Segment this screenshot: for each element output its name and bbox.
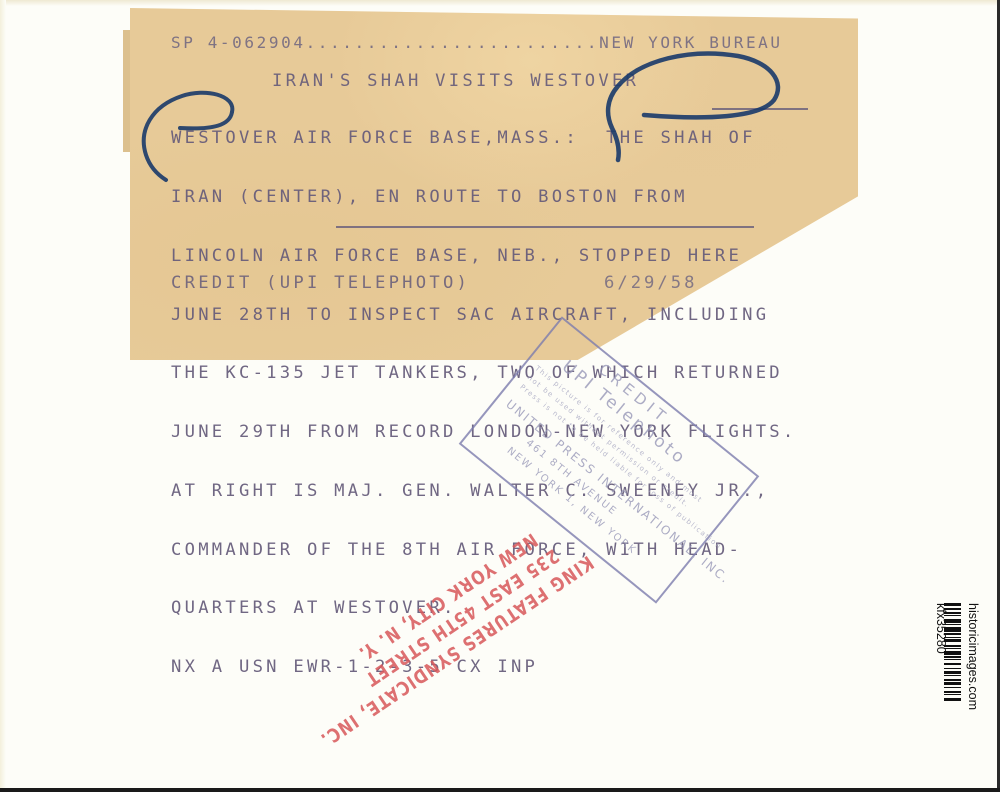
- photo-credit: CREDIT (UPI TELEPHOTO): [171, 273, 470, 293]
- slug-line: SP 4-062904........................NEW Y…: [171, 33, 783, 52]
- slug-code: SP 4-062904: [171, 33, 306, 52]
- caption-line: WESTOVER AIR FORCE BASE,MASS.: THE SHAH …: [171, 129, 797, 149]
- historicimages-watermark: historicimages.com kfx35280: [940, 603, 980, 735]
- underline-shah-of: [712, 108, 808, 110]
- watermark-item-id: kfx35280: [934, 603, 948, 654]
- caption-line: LINCOLN AIR FORCE BASE, NEB., STOPPED HE…: [171, 247, 797, 267]
- page-top-edge: [0, 0, 1000, 6]
- bureau-name: NEW YORK BUREAU: [599, 33, 783, 52]
- underline-sweeney: [336, 226, 754, 228]
- slug-leader: ........................: [306, 33, 600, 52]
- caption-line: THE KC-135 JET TANKERS, TWO OF WHICH RET…: [171, 364, 797, 384]
- barcode-stripe: [944, 701, 961, 703]
- watermark-site: historicimages.com: [966, 603, 980, 735]
- caption-line: JUNE 28TH TO INSPECT SAC AIRCRAFT, INCLU…: [171, 306, 797, 326]
- caption-line: IRAN (CENTER), EN ROUTE TO BOSTON FROM: [171, 188, 797, 208]
- caption-date: 6/29/58: [604, 273, 697, 293]
- caption-line: NX A USN EWR-1-2-3-5 CX INP: [171, 658, 797, 678]
- page-bottom-edge: [0, 788, 1000, 792]
- page-left-edge: [0, 0, 6, 792]
- caption-headline: IRAN'S SHAH VISITS WESTOVER: [272, 71, 639, 91]
